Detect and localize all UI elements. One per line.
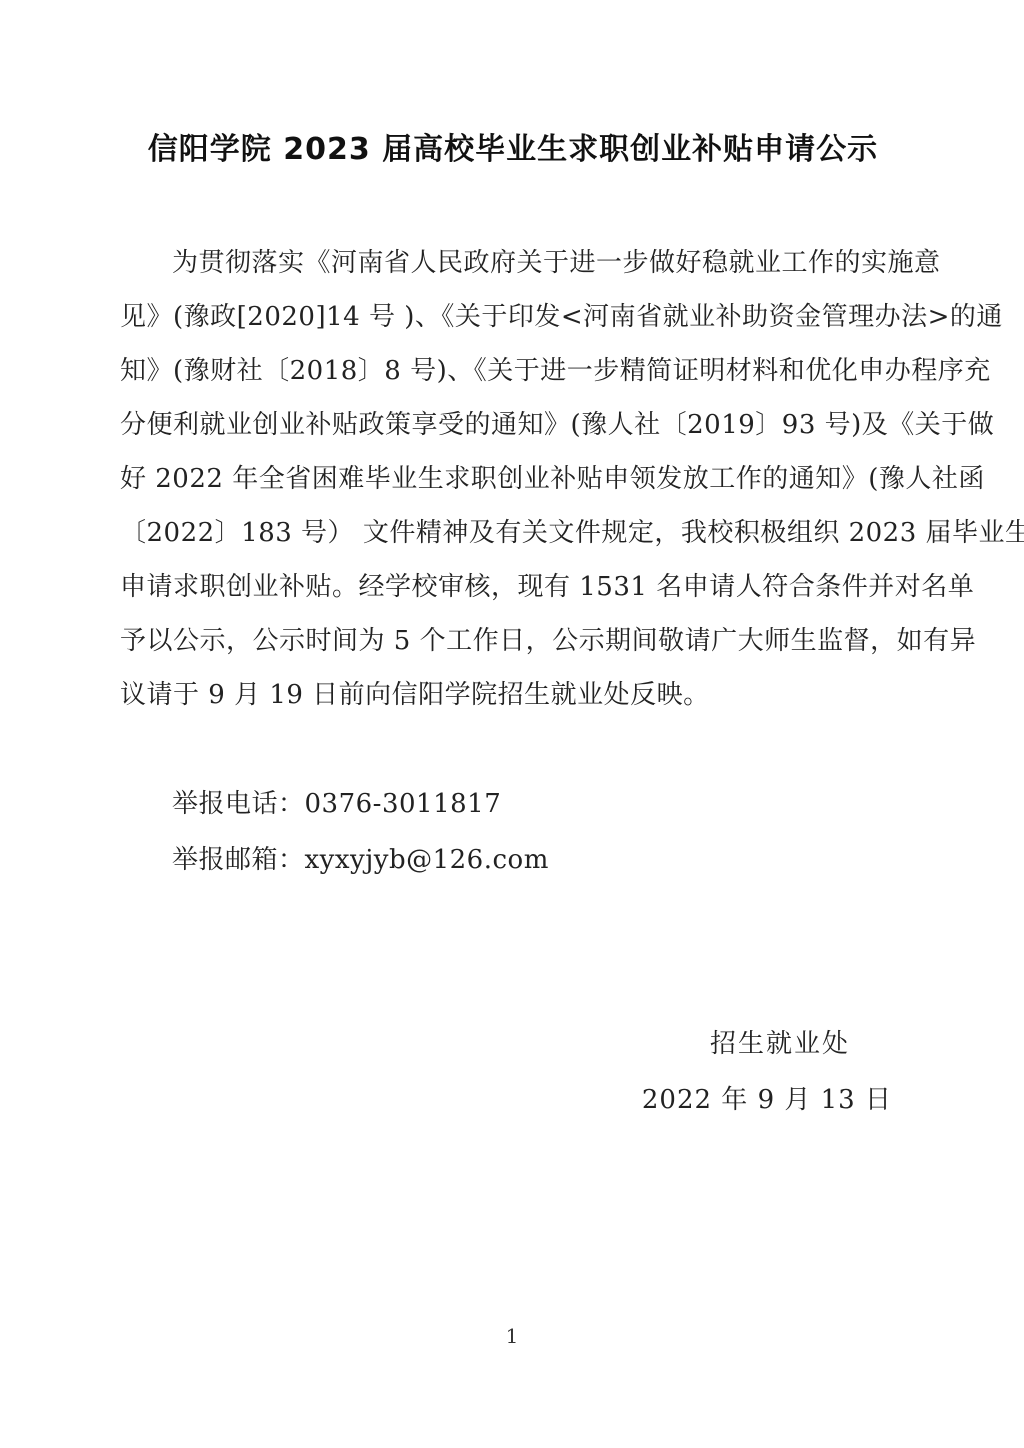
body-line: 议请于 9 月 19 日前向信阳学院招生就业处反映。 [120,668,906,722]
body-line: 为贯彻落实《河南省人民政府关于进一步做好稳就业工作的实施意 [120,236,906,290]
body-line: 申请求职创业补贴。经学校审核，现有 1531 名申请人符合条件并对名单 [120,560,906,614]
body-line: 知》(豫财社〔2018〕8 号)、《关于进一步精简证明材料和优化申办程序充 [120,344,906,398]
signature-department: 招生就业处 [120,1016,906,1072]
page-number: 1 [0,1324,1024,1348]
body-line: 予以公示，公示时间为 5 个工作日，公示期间敬请广大师生监督，如有异 [120,614,906,668]
contact-info: 举报电话：0376-3011817 举报邮箱：xyxyjyb@126.com [120,776,906,888]
report-phone-line: 举报电话：0376-3011817 [120,776,906,832]
body-line: 〔2022〕183 号） 文件精神及有关文件规定，我校积极组织 2023 届毕业… [120,506,906,560]
signature-date: 2022 年 9 月 13 日 [120,1072,906,1128]
signature-block: 招生就业处 2022 年 9 月 13 日 [120,1016,906,1128]
body-paragraph: 为贯彻落实《河南省人民政府关于进一步做好稳就业工作的实施意 见》(豫政[2020… [120,236,906,722]
body-line: 见》(豫政[2020]14 号 )、《关于印发<河南省就业补助资金管理办法>的通 [120,290,906,344]
document-title: 信阳学院 2023 届高校毕业生求职创业补贴申请公示 [120,128,906,172]
document-page: 信阳学院 2023 届高校毕业生求职创业补贴申请公示 为贯彻落实《河南省人民政府… [0,0,1024,1448]
body-line: 分便利就业创业补贴政策享受的通知》(豫人社〔2019〕93 号)及《关于做 [120,398,906,452]
body-line: 好 2022 年全省困难毕业生求职创业补贴申领发放工作的通知》(豫人社函 [120,452,906,506]
report-email-line: 举报邮箱：xyxyjyb@126.com [120,832,906,888]
